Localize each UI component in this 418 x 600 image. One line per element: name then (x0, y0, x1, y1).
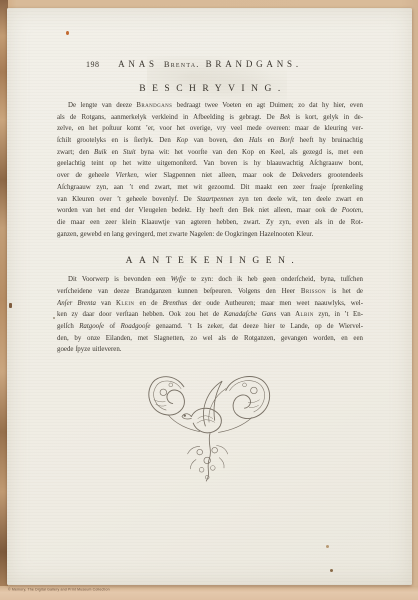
text-segment: als de Rotgans, aanmerkelyk verkleind in… (57, 114, 280, 121)
text-segment: Klein (116, 300, 134, 307)
text-line: De lengte van deeze Brandgans bedraagt t… (57, 100, 363, 112)
text-segment: goede ſpyze uitleveren. (57, 346, 122, 353)
text-segment: of (104, 323, 120, 330)
text-segment: Dit Voorwerp is bevonden een (68, 276, 171, 283)
text-line: Dit Voorwerp is bevonden een Wyfje te zy… (57, 274, 363, 286)
text-line: den, by onze Eilanden, met Slagnetten, z… (57, 333, 363, 345)
text-segment: Brenta. (164, 59, 200, 69)
text-segment: en (262, 137, 280, 144)
text-line: gelſch Ratgooſe of Roadgooſe genaamd. ’t… (57, 321, 363, 333)
ornament-left-scroll (149, 377, 185, 415)
text-segment: Brenthus (163, 300, 188, 307)
text-segment: verſcheidene van deeze Brandganzen kunne… (57, 288, 301, 295)
page-header: 198 ANAS Brenta. BRANDGANS. (57, 59, 363, 70)
page-number: 198 (86, 60, 100, 69)
text-line: zelve, en het poſtuur komt ’er, voor het… (57, 123, 363, 135)
text-segment: Ratgooſe (79, 323, 104, 330)
text-segment: Borſt (280, 137, 294, 144)
paper-speck (330, 569, 333, 572)
ornament-right-scroll (226, 377, 270, 419)
paragraph-aantekeningen: Dit Voorwerp is bevonden een Wyfje te zy… (57, 274, 363, 356)
text-segment: De lengte van deeze (68, 102, 136, 109)
paragraph-beschryving: De lengte van deeze Brandgans bedraagt t… (57, 100, 363, 240)
text-line: goede ſpyze uitleveren. (57, 344, 363, 356)
text-segment: der oude Autheuren; maar men weet naauwl… (187, 300, 363, 307)
text-line: ganzen, gewebd en lang gevingerd, met zw… (57, 229, 363, 241)
paper-speck (66, 31, 69, 35)
text-segment: Bek (280, 114, 290, 121)
text-segment: van Kleuren over ’t geheele bovenlyf. De (57, 196, 197, 203)
section-heading-aantekeningen: AANTEKENINGEN. (57, 256, 363, 266)
tailpiece-ornament-svg (140, 366, 280, 484)
footer-credit: © Memory, The Digital Gallery and Print … (8, 588, 110, 591)
ornament-center-bird (168, 381, 252, 433)
running-title: ANAS Brenta. BRANDGANS. (57, 59, 363, 69)
text-segment: te zyn: doch ik heb geen onderſcheid, by… (186, 276, 363, 283)
text-segment: Roadgooſe (121, 323, 151, 330)
text-segment: is het de (326, 288, 363, 295)
text-line: Aſchgraauw zyn, aan ’t end zwart, met wi… (57, 182, 363, 194)
text-segment: over de geheele (57, 172, 116, 179)
text-line: als de Rotgans, aanmerkelyk verkleind in… (57, 112, 363, 124)
tailpiece-ornament (57, 366, 363, 489)
text-segment: , (361, 207, 363, 214)
text-line: geelachtig teint op het witte uitgemonſt… (57, 158, 363, 170)
text-segment: BRANDGANS. (200, 59, 302, 69)
scanned-book-page: 198 ANAS Brenta. BRANDGANS. BESCHRYVING.… (0, 0, 418, 600)
text-segment: en (107, 149, 123, 156)
paper-sheet: 198 ANAS Brenta. BRANDGANS. BESCHRYVING.… (7, 8, 412, 585)
text-segment: en de (134, 300, 162, 307)
text-segment: bedraagt twee Voeten en agt Duimen; zo d… (172, 102, 363, 109)
text-segment: Stuit (123, 149, 136, 156)
text-segment: Vlerken (116, 172, 137, 179)
text-segment: die maar een zeer klein Klaauwtje van ag… (57, 219, 363, 226)
text-line: over de geheele Vlerken, wier Slagpennen… (57, 170, 363, 182)
paper-speck (326, 545, 329, 548)
text-segment: geelachtig teint op het witte uitgemonſt… (57, 160, 363, 167)
text-segment: zwart; den (57, 149, 94, 156)
text-segment: Aſchgraauw zyn, aan ’t end zwart, met wi… (57, 184, 363, 191)
text-line: die maar een zeer klein Klaauwtje van ag… (57, 217, 363, 229)
text-segment: ANAS (118, 59, 164, 69)
text-segment: Hals (249, 137, 262, 144)
text-segment: is kort, gelyk in de- (290, 114, 363, 121)
text-segment: van (96, 300, 116, 307)
text-segment: gelſch (57, 323, 79, 330)
text-segment: zyn ten deele wit, ten deele zwart en (234, 196, 363, 203)
text-segment: Wyfje (171, 276, 186, 283)
ornament-floral-drop (188, 433, 228, 481)
text-segment: byna wit: het voorſte van den Kop en Kee… (136, 149, 363, 156)
text-line: ſchilt grootelyks en is ſierlyk. Den Kop… (57, 135, 363, 147)
text-segment: van boven, den (188, 137, 249, 144)
text-segment: Brandgans (136, 102, 172, 109)
text-block: 198 ANAS Brenta. BRANDGANS. BESCHRYVING.… (57, 59, 363, 489)
text-line: Anſer Brenta van Klein en de Brenthus de… (57, 298, 363, 310)
text-segment: , wier Slagpennen niet alleen, maar ook … (137, 172, 363, 179)
text-segment: Kanadaſche Gans (224, 311, 276, 318)
paper-speck (53, 317, 55, 319)
text-segment: ken zy daar door verſtaan hebben. Ook zo… (57, 311, 224, 318)
text-segment: ganzen, gewebd en lang gevingerd, met zw… (57, 231, 313, 238)
margin-mark (9, 303, 12, 308)
text-segment: zyn, in ’t En- (314, 311, 363, 318)
text-segment: Albin (295, 311, 314, 318)
text-segment: den, by onze Eilanden, met Slagnetten, z… (57, 335, 363, 342)
text-line: worden van het end der Vleugelen bedekt.… (57, 205, 363, 217)
text-line: zwart; den Buik en Stuit byna wit: het v… (57, 147, 363, 159)
text-segment: van (276, 311, 295, 318)
text-segment: heeft hy bruinachtig (294, 137, 363, 144)
text-segment: ſchilt grootelyks en is ſierlyk. Den (57, 137, 176, 144)
text-segment: Pooten (342, 207, 362, 214)
text-segment: Kop (176, 137, 188, 144)
text-segment: genaamd. ’t Is zeker, dat deeze hier te … (150, 323, 363, 330)
text-segment: Buik (94, 149, 107, 156)
text-segment: Staartpennen (197, 196, 234, 203)
text-segment: worden van het end der Vleugelen bedekt.… (57, 207, 342, 214)
text-segment: Anſer Brenta (57, 300, 96, 307)
text-segment: Brisson (301, 288, 326, 295)
text-line: verſcheidene van deeze Brandganzen kunne… (57, 286, 363, 298)
text-line: van Kleuren over ’t geheele bovenlyf. De… (57, 194, 363, 206)
section-heading-beschryving: BESCHRYVING. (57, 84, 363, 94)
text-line: ken zy daar door verſtaan hebben. Ook zo… (57, 309, 363, 321)
text-segment: zelve, en het poſtuur komt ’er, voor het… (57, 125, 363, 132)
